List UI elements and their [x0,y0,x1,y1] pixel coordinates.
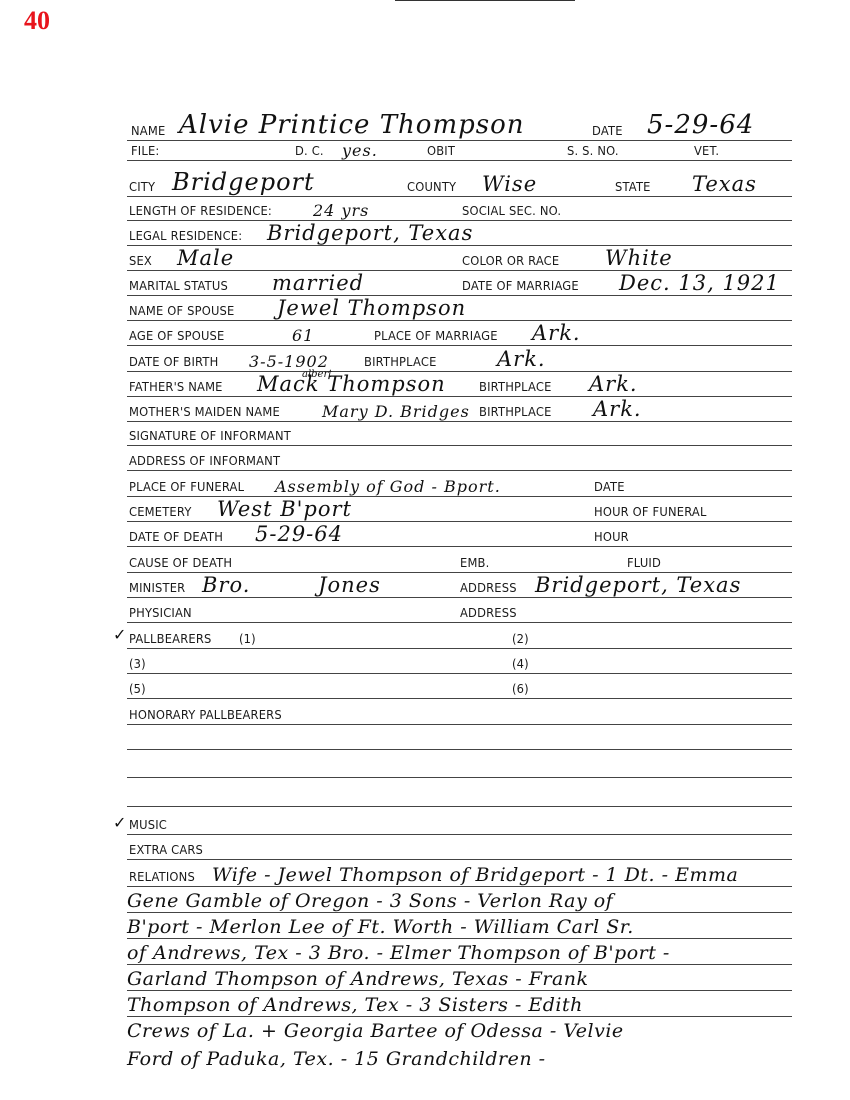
birthplace-value: Ark. [497,347,546,371]
relations-text: of Andrews, Tex - 3 Bro. - Elmer Thompso… [127,942,670,964]
date-of-marriage-label: DATE OF MARRIAGE [462,278,579,293]
name-of-spouse-row: NAME OF SPOUSE Jewel Thompson [127,295,792,321]
extra-cars-row: EXTRA CARS [127,834,792,860]
place-of-marriage-label: PLACE OF MARRIAGE [374,328,498,343]
page-number: 40 [24,6,50,36]
music-row: ✓ MUSIC [127,808,792,835]
date-of-birth-row: DATE OF BIRTH 3-5-1902 BIRTHPLACE Ark. [127,346,792,372]
mothers-maiden-name-row: MOTHER'S MAIDEN NAME Mary D. Bridges BIR… [127,396,792,422]
sex-label: SEX [129,253,152,268]
minister-label: MINISTER [129,580,185,595]
place-of-marriage-value: Ark. [532,321,581,345]
sex-row: SEX Male COLOR OR RACE White [127,245,792,271]
name-label: NAME [131,123,165,138]
city-label: CITY [129,179,155,194]
mothers-maiden-name-value: Mary D. Bridges [322,402,470,421]
relations-line-4: of Andrews, Tex - 3 Bro. - Elmer Thompso… [127,938,792,965]
scan-edge-line [395,0,575,1]
sex-value: Male [177,246,234,270]
age-of-spouse-value: 61 [292,326,314,345]
state-label: STATE [615,179,651,194]
file-row: FILE: D. C. yes. OBIT S. S. NO. VET. [127,140,792,161]
vet-label: VET. [694,143,719,158]
relations-text: B'port - Merlon Lee of Ft. Worth - Willi… [127,916,634,938]
cause-of-death-row: CAUSE OF DEATH EMB. FLUID [127,547,792,573]
city-row: CITY Bridgeport COUNTY Wise STATE Texas [127,170,792,197]
pallbearer-slot-6: (6) [512,681,529,696]
hour-label: HOUR [594,529,629,544]
pallbearers-label: PALLBEARERS [129,631,211,646]
relations-text: Garland Thompson of Andrews, Texas - Fra… [127,968,589,990]
relations-text: Wife - Jewel Thompson of Bridgeport - 1 … [212,864,738,886]
legal-residence-row: LEGAL RESIDENCE: Bridgeport, Texas [127,220,792,246]
place-of-funeral-value: Assembly of God - Bport. [275,477,501,496]
date-of-death-value: 5-29-64 [255,522,343,546]
relations-line-2: Gene Gamble of Oregon - 3 Sons - Verlon … [127,886,792,913]
relations-line-5: Garland Thompson of Andrews, Texas - Fra… [127,964,792,991]
pallbearers-row-2: (3) (4) [127,648,792,674]
fathers-name-label: FATHER'S NAME [129,379,223,394]
signature-of-informant-label: SIGNATURE OF INFORMANT [129,428,291,443]
obit-label: OBIT [427,143,455,158]
minister-address-value: Bridgeport, Texas [535,573,741,597]
relations-line-6: Thompson of Andrews, Tex - 3 Sisters - E… [127,990,792,1017]
physician-row: PHYSICIAN ADDRESS [127,597,792,623]
relations-line-3: B'port - Merlon Lee of Ft. Worth - Willi… [127,912,792,939]
color-or-race-value: White [605,246,673,270]
pallbearers-row-1: ✓ PALLBEARERS (1) (2) [127,623,792,649]
extra-cars-label: EXTRA CARS [129,842,203,857]
place-of-funeral-label: PLACE OF FUNERAL [129,479,244,494]
cause-of-death-label: CAUSE OF DEATH [129,555,232,570]
minister-value: Bro. Jones [202,573,381,597]
honorary-pallbearers-label: HONORARY PALLBEARERS [129,707,282,722]
emb-label: EMB. [460,555,489,570]
length-of-residence-label: LENGTH OF RESIDENCE: [129,203,272,218]
cemetery-row: CEMETERY West B'port HOUR OF FUNERAL [127,496,792,522]
blank-line [127,725,792,750]
legal-residence-value: Bridgeport, Texas [267,221,473,245]
address-of-informant-label: ADDRESS OF INFORMANT [129,453,280,468]
mothers-maiden-name-label: MOTHER'S MAIDEN NAME [129,404,280,419]
date-of-birth-label: DATE OF BIRTH [129,354,218,369]
date-of-death-label: DATE OF DEATH [129,529,223,544]
cemetery-value: West B'port [217,497,352,521]
fathers-name-value: Mack Thompson [257,372,446,396]
birthplace-label: BIRTHPLACE [364,354,437,369]
relations-text: Ford of Paduka, Tex. - 15 Grandchildren … [127,1048,546,1070]
honorary-pallbearers-row: HONORARY PALLBEARERS [127,699,792,725]
date-of-marriage-value: Dec. 13, 1921 [619,271,780,295]
name-value: Alvie Printice Thompson [179,110,525,140]
marital-status-label: MARITAL STATUS [129,278,228,293]
mother-birthplace-value: Ark. [593,397,642,421]
relations-line-8: Ford of Paduka, Tex. - 15 Grandchildren … [127,1044,792,1070]
length-of-residence-row: LENGTH OF RESIDENCE: 24 yrs SOCIAL SEC. … [127,196,792,221]
length-of-residence-value: 24 yrs [313,201,369,220]
mother-birthplace-label: BIRTHPLACE [479,404,552,419]
dc-label: D. C. [295,143,324,158]
minister-row: MINISTER Bro. Jones ADDRESS Bridgeport, … [127,572,792,598]
ss-no-label: S. S. NO. [567,143,619,158]
checkmark-icon: ✓ [113,625,126,644]
relations-text: Crews of La. + Georgia Bartee of Odessa … [127,1020,624,1042]
date-value: 5-29-64 [647,110,754,140]
county-value: Wise [482,172,537,196]
physician-address-label: ADDRESS [460,605,517,620]
relations-line-7: Crews of La. + Georgia Bartee of Odessa … [127,1016,792,1042]
pallbearer-slot-3: (3) [129,656,146,671]
fathers-name-row: FATHER'S NAME albert Mack Thompson BIRTH… [127,371,792,397]
blank-line [127,778,792,807]
date-of-death-row: DATE OF DEATH 5-29-64 HOUR [127,521,792,547]
legal-residence-label: LEGAL RESIDENCE: [129,228,242,243]
pallbearer-slot-2: (2) [512,631,529,646]
relations-label: RELATIONS [129,869,195,884]
name-of-spouse-label: NAME OF SPOUSE [129,303,234,318]
social-sec-no-label: SOCIAL SEC. NO. [462,203,561,218]
county-label: COUNTY [407,179,456,194]
checkmark-icon: ✓ [113,813,126,832]
city-value: Bridgeport [172,168,315,196]
name-of-spouse-value: Jewel Thompson [277,296,466,320]
pallbearer-slot-1: (1) [239,631,256,646]
dc-value: yes. [342,141,378,160]
color-or-race-label: COLOR OR RACE [462,253,559,268]
marital-status-row: MARITAL STATUS married DATE OF MARRIAGE … [127,270,792,296]
funeral-date-label: DATE [594,479,625,494]
age-of-spouse-label: AGE OF SPOUSE [129,328,224,343]
relations-line-1: RELATIONS Wife - Jewel Thompson of Bridg… [127,860,792,887]
signature-of-informant-row: SIGNATURE OF INFORMANT [127,421,792,446]
physician-label: PHYSICIAN [129,605,192,620]
music-label: MUSIC [129,817,167,832]
relations-text: Thompson of Andrews, Tex - 3 Sisters - E… [127,994,583,1016]
address-of-informant-row: ADDRESS OF INFORMANT [127,445,792,471]
pallbearers-row-3: (5) (6) [127,673,792,699]
date-label: DATE [592,123,623,138]
father-birthplace-value: Ark. [589,372,638,396]
age-of-spouse-row: AGE OF SPOUSE 61 PLACE OF MARRIAGE Ark. [127,320,792,346]
pallbearer-slot-4: (4) [512,656,529,671]
relations-text: Gene Gamble of Oregon - 3 Sons - Verlon … [127,890,613,912]
blank-line [127,750,792,778]
marital-status-value: married [272,271,364,295]
state-value: Texas [692,172,757,196]
hour-of-funeral-label: HOUR OF FUNERAL [594,504,707,519]
file-label: FILE: [131,143,159,158]
place-of-funeral-row: PLACE OF FUNERAL Assembly of God - Bport… [127,471,792,497]
cemetery-label: CEMETERY [129,504,192,519]
name-row: NAME Alvie Printice Thompson DATE 5-29-6… [127,114,792,141]
pallbearer-slot-5: (5) [129,681,146,696]
fluid-label: FLUID [627,555,661,570]
father-birthplace-label: BIRTHPLACE [479,379,552,394]
minister-address-label: ADDRESS [460,580,517,595]
